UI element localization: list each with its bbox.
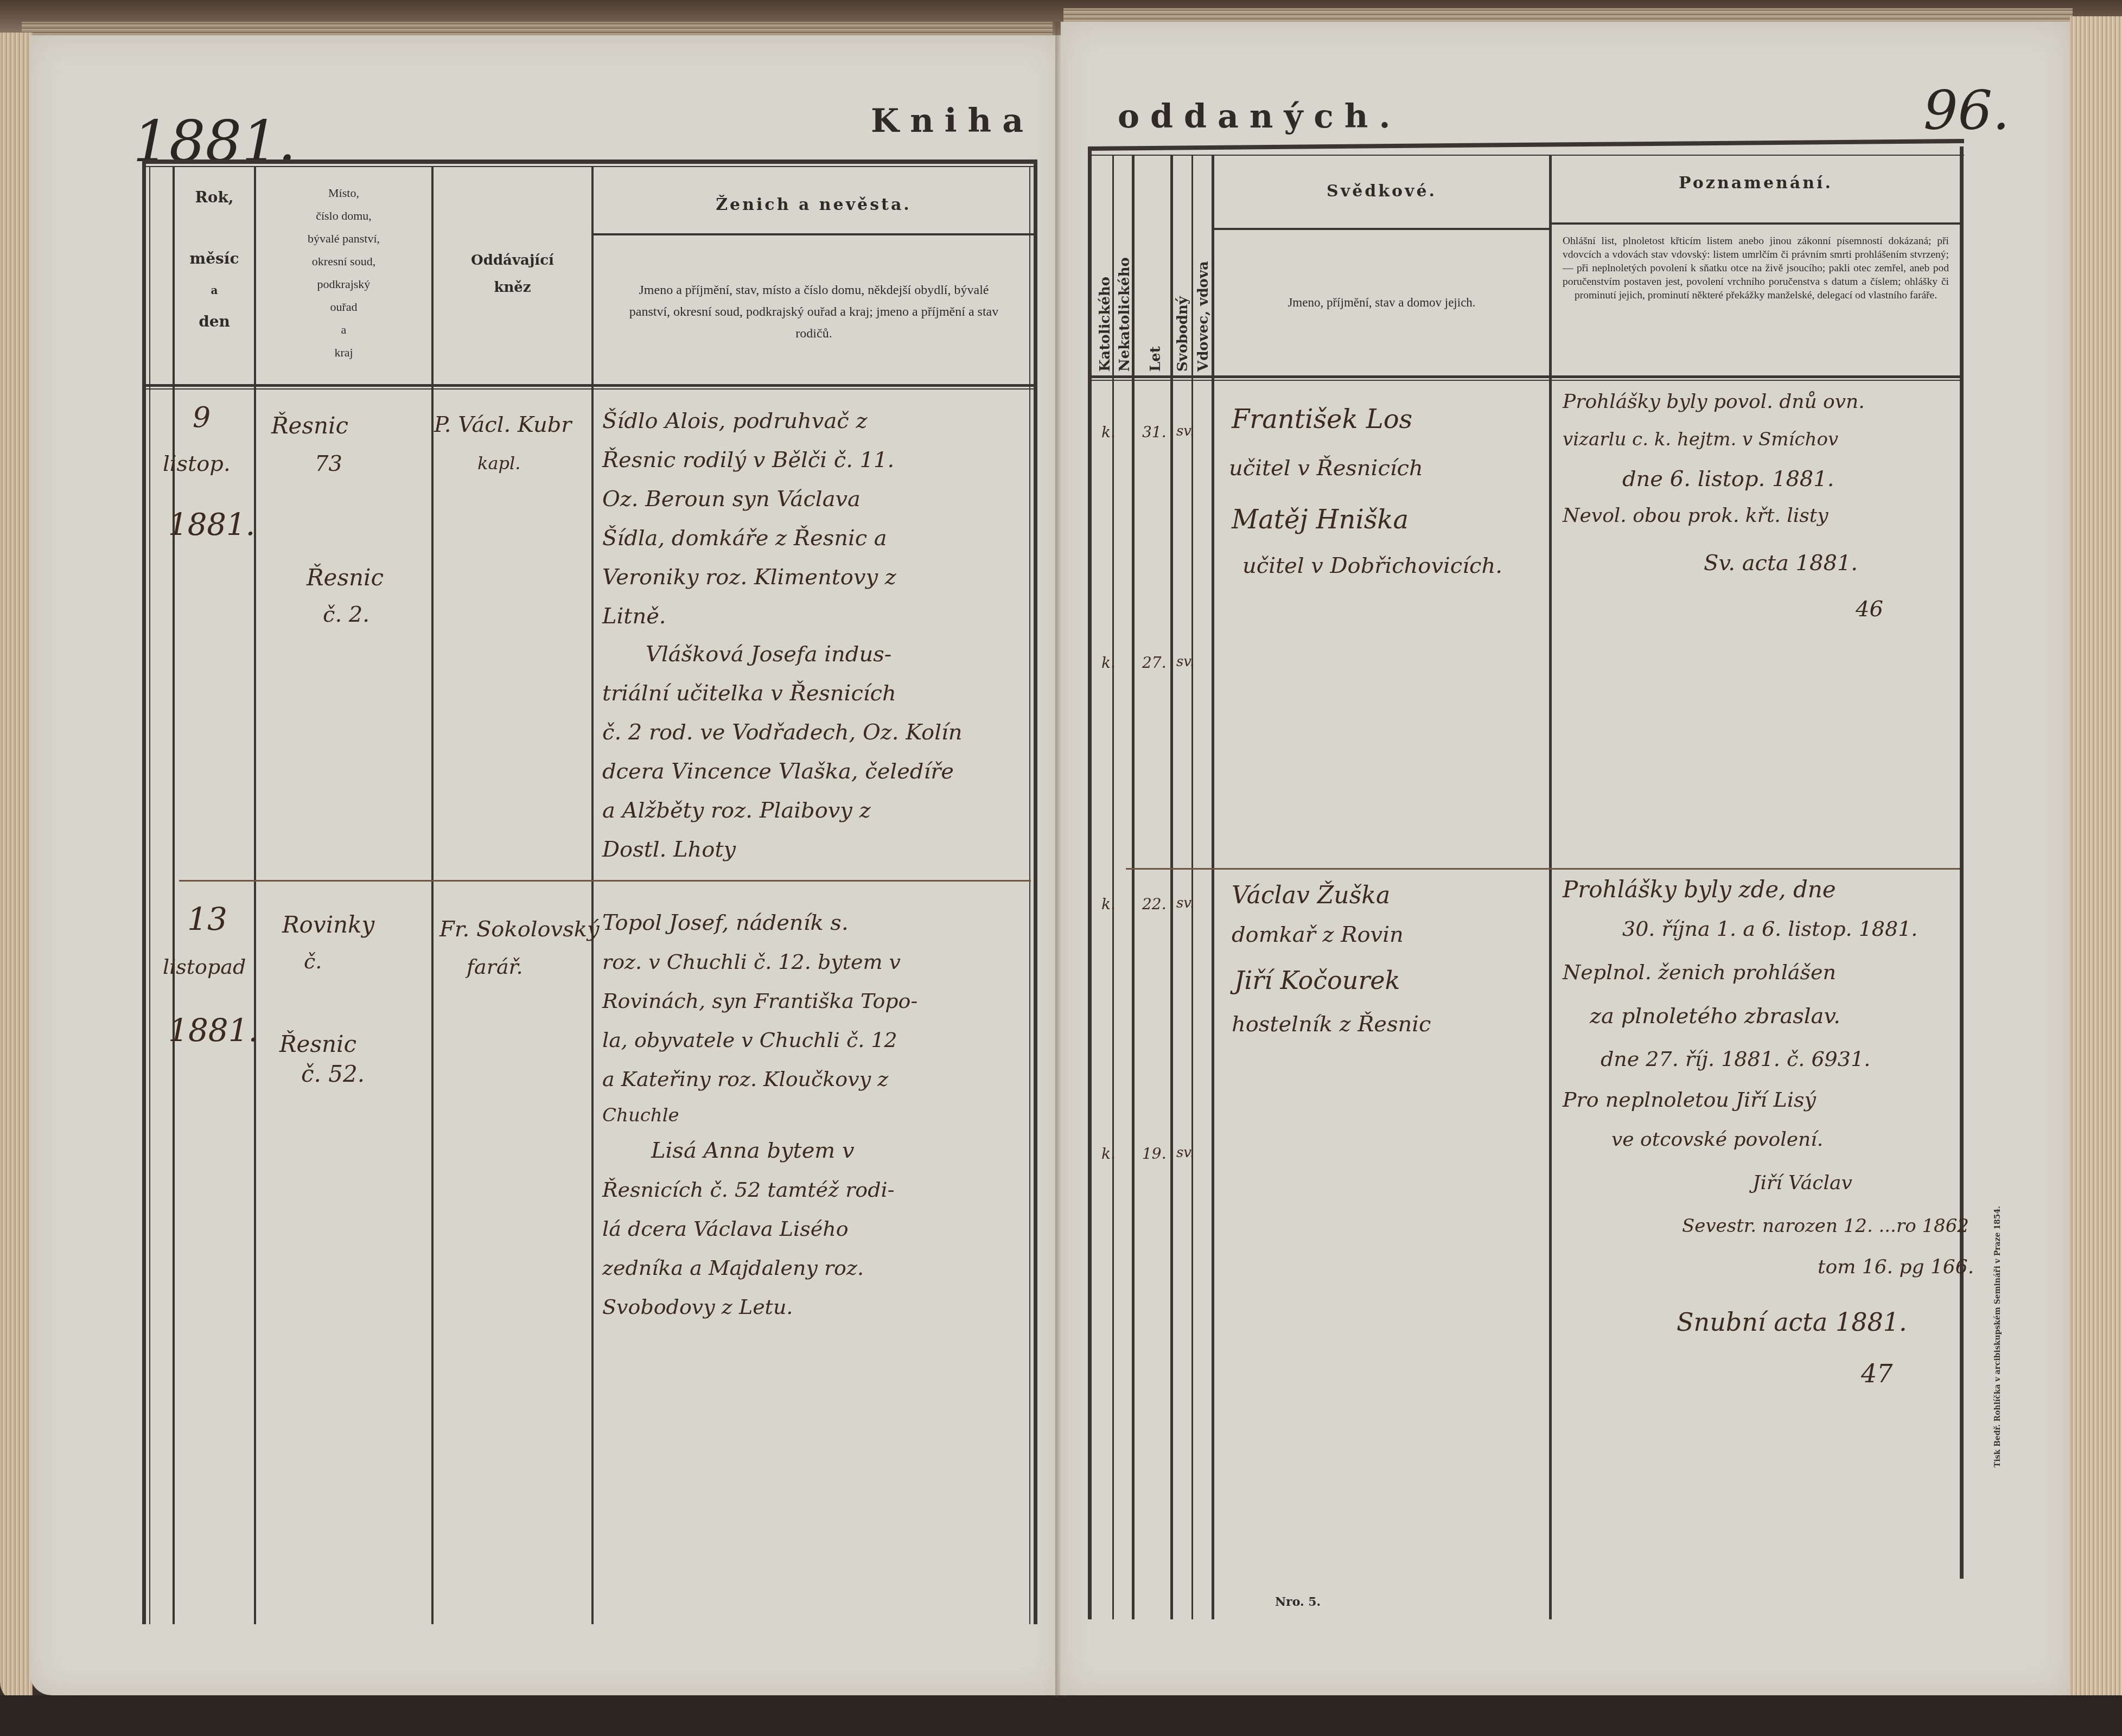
entry-1-year: 1881. — [168, 507, 255, 542]
entry-2-bride-place: Řesnic — [279, 1031, 356, 1057]
entry-1-bride-place: Řesnic — [307, 564, 384, 591]
header-witnesses-title: Svědkové. — [1214, 182, 1549, 201]
entry-2-month: listopad — [163, 955, 246, 979]
header-priest: Oddávající kněz — [434, 247, 591, 301]
entry-1-groom-age: 31. — [1142, 423, 1167, 441]
entry-2-witness-2-name: Jiří Kočourek — [1234, 966, 1400, 995]
entry-2-groom-house: č. — [304, 949, 322, 973]
entry-2-note-line-6: Pro neplnoletou Jiří Lisý — [1563, 1088, 1816, 1112]
header-notes-subtitle: Ohlášní list, plnoletost křticím listem … — [1563, 234, 1949, 302]
book-title-left: Kniha — [871, 102, 1034, 140]
entry-1-bride-age: 27. — [1142, 654, 1167, 672]
book-cover-bottom — [0, 1695, 2122, 1736]
entry-2-note-line-7: ve otcovské povolení. — [1611, 1128, 1823, 1151]
entry-2-witness-1-name: Václav Žuška — [1232, 882, 1390, 909]
entry-2-note-line-10: tom 16. pg 166. — [1818, 1256, 1974, 1278]
page-number: 96. — [1923, 79, 2010, 142]
entry-2-bride-status: sv. — [1176, 1145, 1194, 1161]
entry-2-day: 13 — [187, 901, 227, 937]
form-number: Nro. 5. — [1275, 1595, 1321, 1609]
entry-1-groom-house: 73 — [315, 451, 342, 476]
header-couple-title: Ženich a nevěsta. — [594, 195, 1034, 214]
page-stack-right-edge — [2070, 16, 2122, 1698]
entry-1-witness-1-name: František Los — [1232, 404, 1412, 435]
entry-2-groom-age: 22. — [1142, 895, 1167, 913]
book-title-right: oddaných. — [1118, 98, 1401, 136]
header-noncatholic: Nekatolického — [1117, 257, 1133, 372]
entry-2-note-line-2: 30. října 1. a 6. listop. 1881. — [1622, 917, 1917, 941]
entry-1-witness-2-detail: učitel v Dobřichovicích. — [1242, 553, 1502, 578]
entry-2-note-line-4: za plnoletého zbraslav. — [1590, 1004, 1840, 1029]
entry-2-year: 1881. — [168, 1012, 258, 1049]
printer-imprint: Tisk Bedř. Rohlíčka v arcibiskupském Sem… — [1993, 1206, 2002, 1467]
header-place: Místo, číslo domu, bývalé panství, okres… — [256, 182, 431, 364]
entry-2-bride-age: 19. — [1142, 1145, 1167, 1163]
entry-2-bride-text: Lisá Anna bytem v Řesnicích č. 52 tamtéž… — [602, 1131, 1031, 1326]
entry-1-bride-religion: k. — [1101, 654, 1116, 672]
entry-2-note-line-8: Jiří Václav — [1753, 1172, 1852, 1194]
entry-1-note-line-4: Nevol. obou prok. křt. listy — [1563, 505, 1828, 527]
entry-1-groom-text: Šídlo Alois, podruhvač z Řesnic rodilý v… — [602, 401, 1031, 636]
header-widowed: Vdovec, vdova — [1195, 261, 1212, 372]
entry-1-priest-name: P. Václ. Kubr — [434, 412, 571, 437]
entry-1-groom-status: sv. — [1176, 423, 1194, 439]
header-date: Rok, měsíc a den — [175, 182, 254, 337]
entry-1-note-line-5: Sv. acta 1881. — [1704, 551, 1858, 576]
header-catholic: Katolického — [1097, 277, 1113, 372]
entry-2-bride-house: č. 52. — [301, 1061, 365, 1087]
entry-2-witness-2-detail: hostelník z Řesnic — [1232, 1012, 1431, 1037]
entry-2-priest-title: farář. — [467, 955, 523, 979]
entry-1-witness-1-detail: učitel v Řesnicích — [1229, 456, 1423, 481]
entry-1-day: 9 — [193, 401, 211, 434]
entry-2-witness-1-detail: domkař z Rovin — [1232, 922, 1404, 947]
entry-1-priest-title: kapl. — [477, 453, 520, 474]
entry-1-bride-status: sv. — [1176, 654, 1194, 670]
handwritten-year: 1881. — [133, 108, 296, 175]
entry-1-note-line-3: dne 6. listop. 1881. — [1622, 467, 1834, 492]
entry-2-note-line-1: Prohlášky byly zde, dne — [1563, 876, 1836, 903]
header-witnesses-subtitle: Jmeno, příjmění, stav a domov jejich. — [1214, 296, 1549, 310]
header-single: Svobodný — [1175, 296, 1191, 372]
entry-1-groom-place: Řesnic — [271, 412, 348, 439]
entry-1-note-line-1: Prohlášky byly povol. dnů ovn. — [1563, 391, 1865, 413]
entry-1-witness-2-name: Matěj Hniška — [1232, 505, 1409, 535]
entry-2-groom-place: Rovinky — [282, 911, 374, 938]
entry-1-month: listop. — [163, 451, 231, 476]
entry-1-groom-religion: k. — [1101, 423, 1116, 441]
entry-2-groom-religion: k. — [1101, 895, 1116, 913]
entry-2-note-line-3: Neplnol. ženich prohlášen — [1563, 960, 1836, 984]
header-couple-subtitle: Jmeno a příjmění, stav, místo a číslo do… — [619, 279, 1009, 344]
entry-1-bride-text: Vlášková Josefa indus- triální učitelka … — [602, 635, 1031, 869]
page-stack-left-edge — [0, 33, 33, 1703]
entry-2-note-line-9: Sevestr. narozen 12. ...ro 1862 — [1682, 1215, 1969, 1237]
entry-2-priest-name: Fr. Sokolovský — [439, 917, 600, 942]
header-notes-title: Poznamenání. — [1552, 174, 1960, 193]
entry-1-record-number: 46 — [1856, 597, 1883, 622]
entry-2-note-line-5: dne 27. říj. 1881. č. 6931. — [1601, 1047, 1870, 1071]
entry-2-groom-status: sv. — [1176, 895, 1194, 911]
header-age: Let — [1148, 346, 1164, 372]
entry-2-bride-religion: k. — [1101, 1145, 1116, 1163]
entry-1-note-line-2: vizarlu c. k. hejtm. v Smíchov — [1563, 429, 1838, 450]
entry-2-groom-text: Topol Josef, nádeník s. roz. v Chuchli č… — [602, 903, 1031, 1132]
entry-2-record-number: 47 — [1861, 1359, 1893, 1388]
entry-2-note-line-11: Snubní acta 1881. — [1677, 1307, 1907, 1337]
entry-1-bride-house: č. 2. — [323, 602, 369, 627]
